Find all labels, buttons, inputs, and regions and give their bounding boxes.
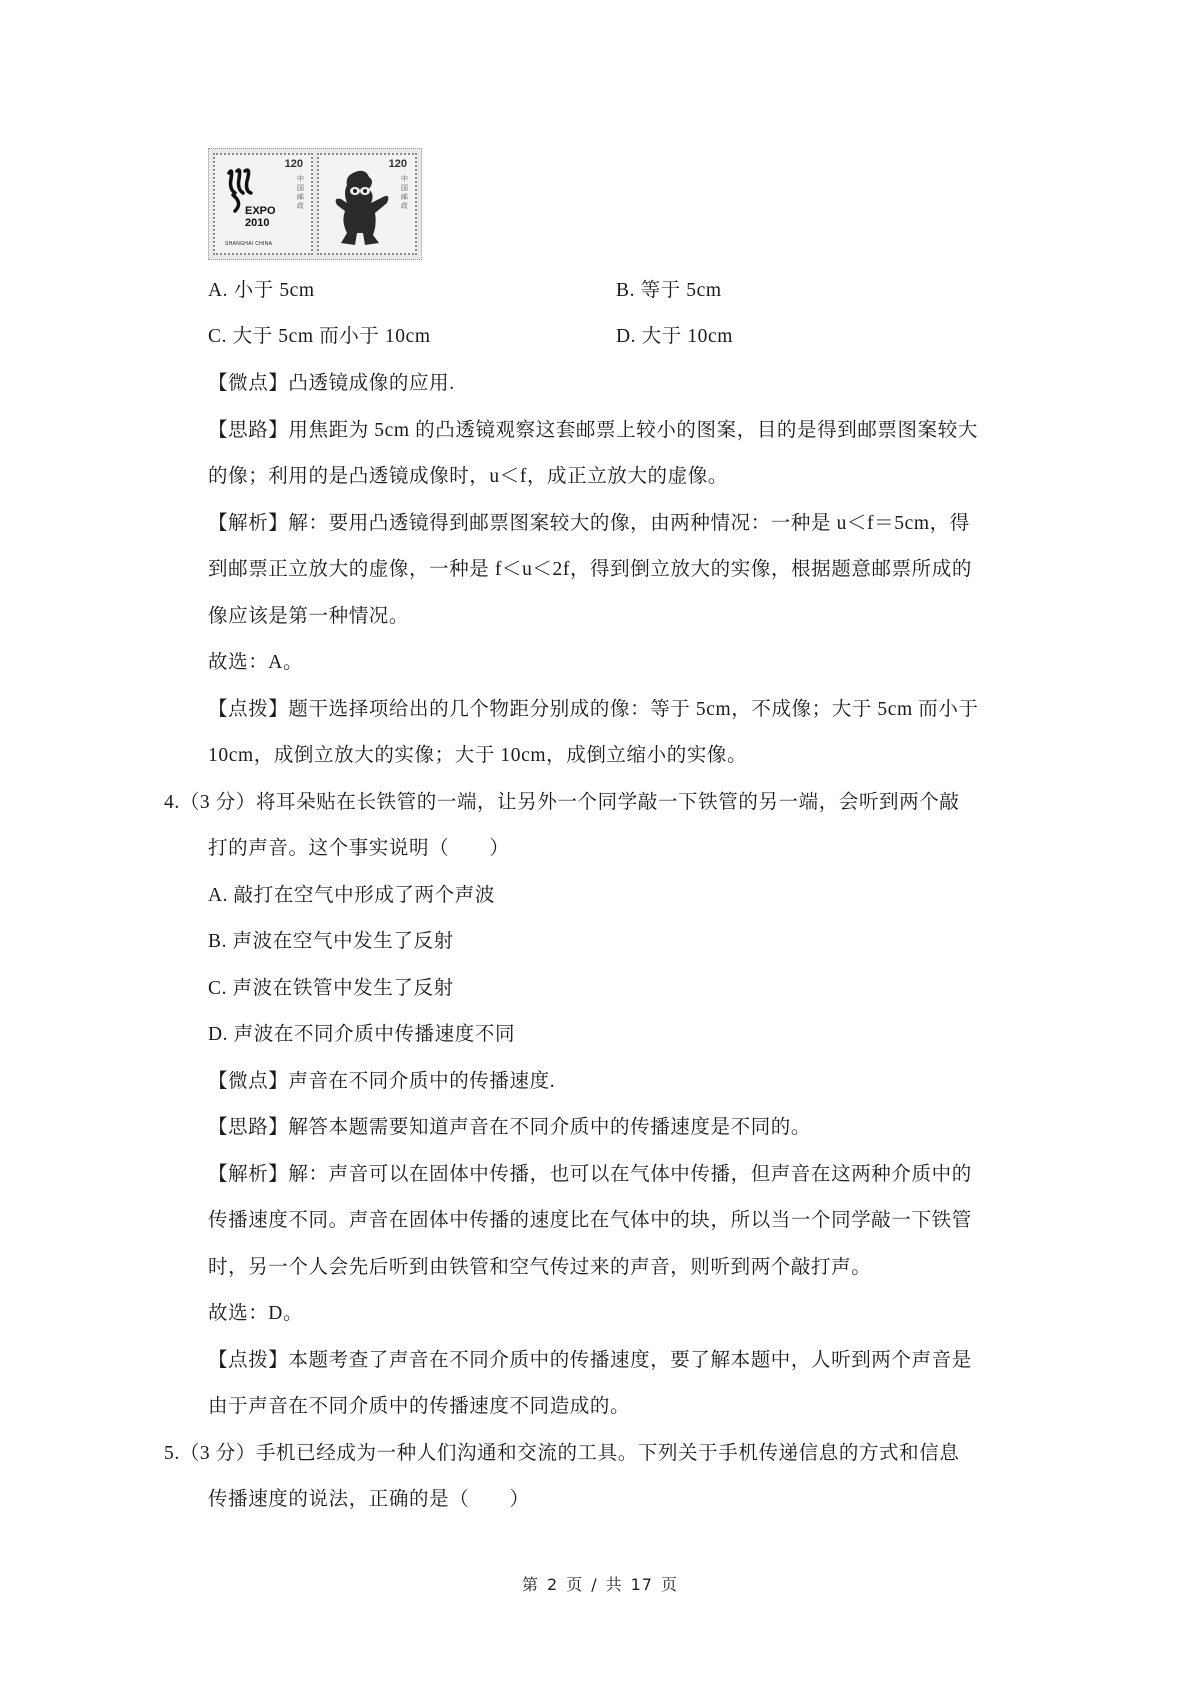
q3-answer: 故选：A。: [208, 650, 303, 676]
q3-option-a: A. 小于 5cm: [208, 278, 315, 304]
option-key: D.: [616, 326, 636, 347]
footer-separator: /: [591, 1575, 597, 1594]
option-text: 声波在不同介质中传播速度不同: [234, 1024, 515, 1045]
q4-option-c: C. 声波在铁管中发生了反射: [208, 976, 454, 1002]
haibao-mascot-icon: [329, 169, 399, 249]
current-page-number: 2: [547, 1575, 558, 1594]
option-text: 声波在空气中发生了反射: [233, 931, 454, 952]
option-text: 大于 5cm 而小于 10cm: [233, 326, 431, 347]
option-key: B.: [616, 280, 635, 301]
haibao-mascot-stamp: 120 中国邮政: [317, 153, 417, 255]
footer-page-word: 页: [566, 1575, 583, 1594]
q3-weidian: 【微点】凸透镜成像的应用.: [208, 371, 455, 397]
q4-stem-line-1: 4.（3 分）将耳朵贴在长铁管的一端，让另外一个同学敲一下铁管的另一端，会听到两…: [164, 790, 959, 816]
q4-dianbo-line-1: 【点拨】本题考查了声音在不同介质中的传播速度，要了解本题中，人听到两个声音是: [208, 1348, 972, 1374]
q4-silu: 【思路】解答本题需要知道声音在不同介质中的传播速度是不同的。: [208, 1115, 811, 1141]
stamp-vertical-text: 中国邮政: [297, 175, 305, 211]
stamp-denomination: 120: [285, 158, 303, 170]
q4-option-d: D. 声波在不同介质中传播速度不同: [208, 1022, 515, 1048]
expo-logo-stamp: 120 EXPO2010 SHANGHAI CHINA 中国邮政: [213, 153, 313, 255]
option-key: D.: [208, 1024, 228, 1045]
option-text: 小于 5cm: [234, 280, 315, 301]
q5-stem-line-2: 传播速度的说法，正确的是（ ）: [208, 1487, 530, 1513]
option-key: B.: [208, 931, 227, 952]
q3-silu-line-1: 【思路】用焦距为 5cm 的凸透镜观察这套邮票上较小的图案，目的是得到邮票图案较…: [208, 418, 978, 444]
q4-jiexi-line-1: 【解析】解：声音可以在固体中传播，也可以在气体中传播，但声音在这两种介质中的: [208, 1162, 972, 1188]
option-text: 大于 10cm: [642, 326, 733, 347]
expo-logo-text: EXPO2010: [245, 205, 276, 229]
q3-jiexi-line-3: 像应该是第一种情况。: [208, 604, 409, 630]
q4-answer: 故选：D。: [208, 1301, 303, 1327]
q3-option-d: D. 大于 10cm: [616, 324, 733, 350]
q3-option-c: C. 大于 5cm 而小于 10cm: [208, 324, 431, 350]
q4-dianbo-line-2: 由于声音在不同介质中的传播速度不同造成的。: [208, 1394, 630, 1420]
footer-prefix: 第: [522, 1575, 539, 1594]
option-text: 等于 5cm: [641, 280, 722, 301]
q4-weidian: 【微点】声音在不同介质中的传播速度.: [208, 1069, 555, 1095]
q4-jiexi-line-3: 时，另一个人会先后听到由铁管和空气传过来的声音，则听到两个敲打声。: [208, 1255, 871, 1281]
q3-dianbo-line-1: 【点拨】题干选择项给出的几个物距分别成的像：等于 5cm，不成像；大于 5cm …: [208, 697, 979, 723]
q3-jiexi-line-1: 【解析】解：要用凸透镜得到邮票图案较大的像，由两种情况：一种是 u＜f＝5cm，…: [208, 511, 970, 537]
q4-jiexi-line-2: 传播速度不同。声音在固体中传播的速度比在气体中的块，所以当一个同学敲一下铁管: [208, 1208, 972, 1234]
q3-jiexi-line-2: 到邮票正立放大的虚像，一种是 f＜u＜2f，得到倒立放大的实像，根据题意邮票所成…: [208, 557, 972, 583]
q4-stem-line-2: 打的声音。这个事实说明（ ）: [208, 836, 510, 862]
option-text: 敲打在空气中形成了两个声波: [234, 885, 495, 906]
q3-silu-line-2: 的像；利用的是凸透镜成像时，u＜f，成正立放大的虚像。: [208, 464, 728, 490]
stamp-vertical-text: 中国邮政: [401, 175, 409, 211]
option-key: C.: [208, 978, 227, 999]
footer-total-prefix: 共: [606, 1575, 623, 1594]
q3-option-b: B. 等于 5cm: [616, 278, 722, 304]
option-key: C.: [208, 326, 227, 347]
total-pages-number: 17: [631, 1575, 653, 1594]
expo-stamps-figure: 120 EXPO2010 SHANGHAI CHINA 中国邮政 120 中国邮…: [208, 148, 422, 260]
footer-suffix: 页: [661, 1575, 678, 1594]
q4-option-b: B. 声波在空气中发生了反射: [208, 929, 454, 955]
option-text: 声波在铁管中发生了反射: [233, 978, 454, 999]
page-footer: 第2页/共17页: [0, 1572, 1200, 1595]
q3-dianbo-line-2: 10cm，成倒立放大的实像；大于 10cm，成倒立缩小的实像。: [208, 743, 747, 769]
q4-option-a: A. 敲打在空气中形成了两个声波: [208, 883, 495, 909]
q5-stem-line-1: 5.（3 分）手机已经成为一种人们沟通和交流的工具。下列关于手机传递信息的方式和…: [164, 1441, 959, 1467]
option-key: A.: [208, 280, 228, 301]
option-key: A.: [208, 885, 228, 906]
expo-caption: SHANGHAI CHINA: [225, 241, 272, 247]
